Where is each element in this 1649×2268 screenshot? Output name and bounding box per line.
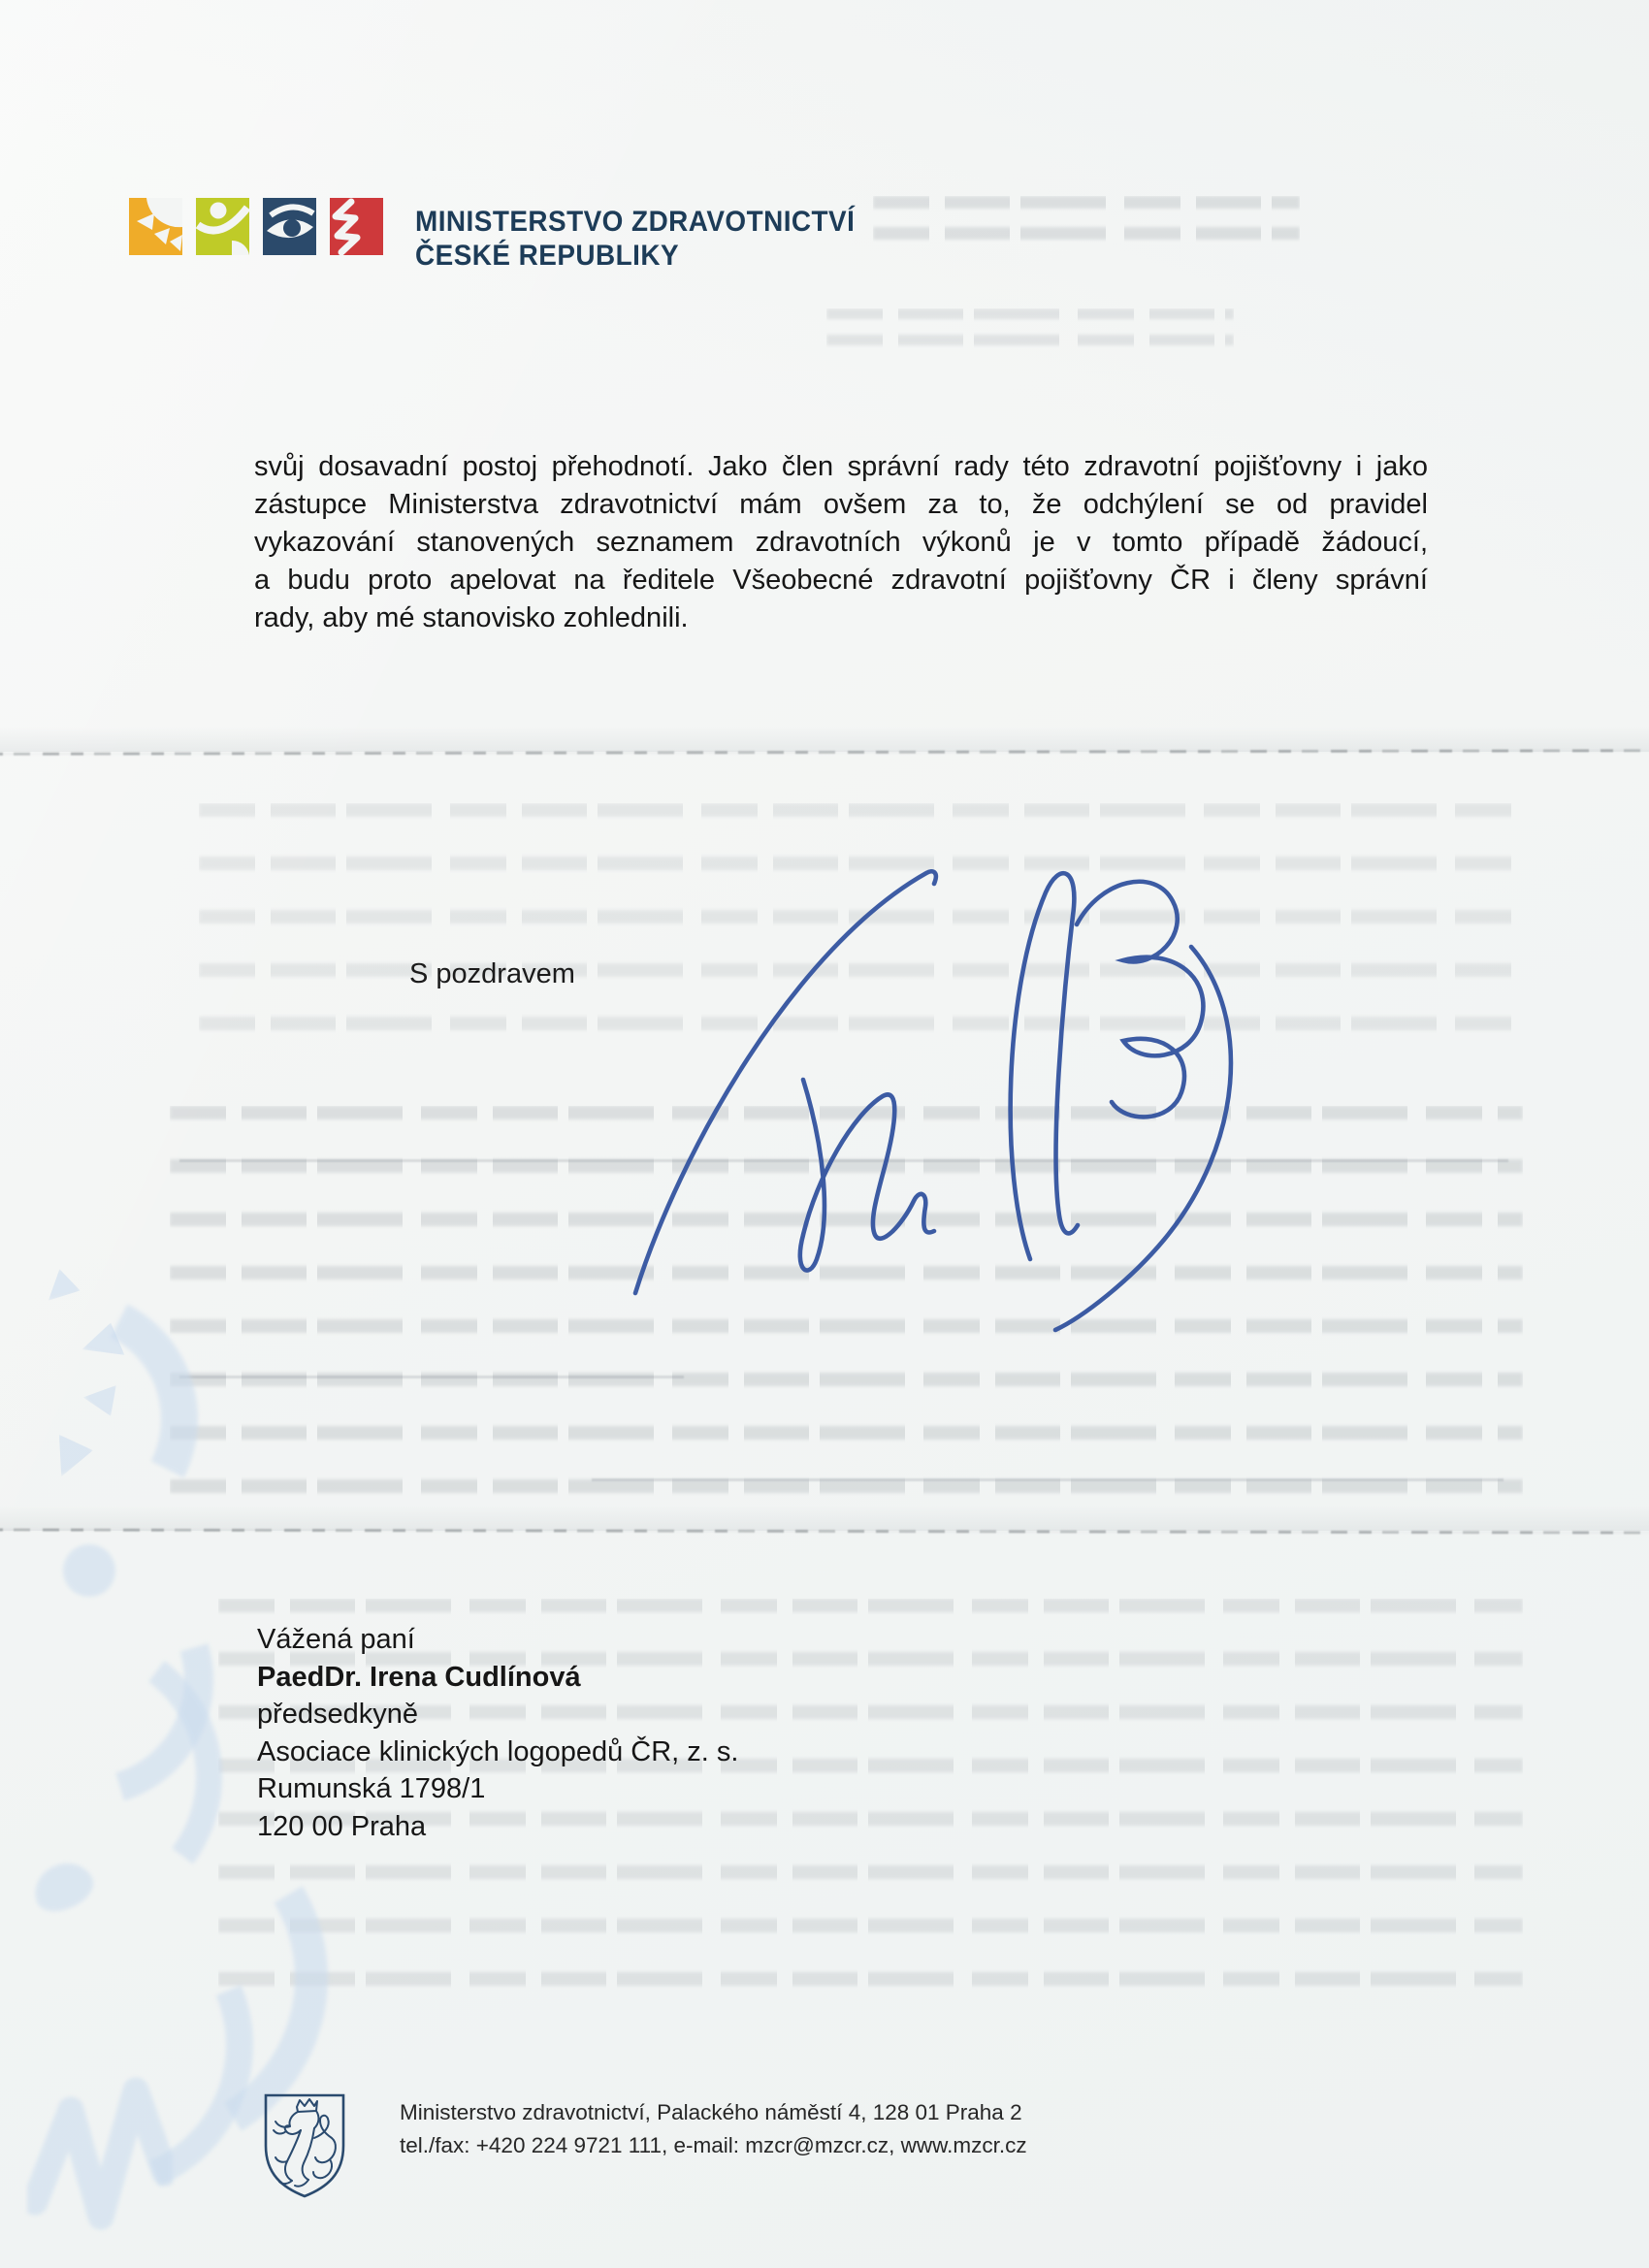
recipient-organization: Asociace klinických logopedů ČR, z. s.	[257, 1733, 738, 1771]
recipient-address: Vážená paní PaedDr. Irena Cudlínová před…	[257, 1621, 738, 1846]
ministry-wordmark: MINISTERSTVO ZDRAVOTNICTVÍ ČESKÉ REPUBLI…	[415, 205, 855, 273]
footer-address-line: Ministerstvo zdravotnictví, Palackého ná…	[400, 2096, 1027, 2129]
logo-tile-4	[330, 198, 383, 255]
logo-tile-3	[263, 198, 316, 255]
footer-contact-line: tel./fax: +420 224 9721 111, e-mail: mzc…	[400, 2129, 1027, 2162]
recipient-title: předsedkyně	[257, 1696, 738, 1733]
fold-shadow	[0, 727, 1649, 752]
body-line: svůj dosavadní postoj přehodnotí. Jako č…	[254, 448, 1428, 486]
ministry-logo	[129, 198, 385, 256]
recipient-city: 120 00 Praha	[257, 1808, 738, 1846]
scanned-letter-page: MINISTERSTVO ZDRAVOTNICTVÍ ČESKÉ REPUBLI…	[0, 0, 1649, 2268]
fold-shadow	[0, 1506, 1649, 1531]
footer-contact: Ministerstvo zdravotnictví, Palackého ná…	[400, 2096, 1027, 2162]
bleed-through-underline	[592, 1478, 1503, 1481]
recipient-street: Rumunská 1798/1	[257, 1770, 738, 1808]
ministry-name-line1: MINISTERSTVO ZDRAVOTNICTVÍ	[415, 205, 855, 239]
logo-tile-2	[196, 198, 249, 255]
body-line: rady, aby mé stanovisko zohlednili.	[254, 599, 1428, 637]
czech-lion-shield-icon	[260, 2091, 349, 2200]
bleed-through-underline	[179, 1376, 684, 1378]
recipient-name: PaedDr. Irena Cudlínová	[257, 1659, 738, 1697]
logo-tile-1	[129, 198, 182, 255]
body-line: zástupce Ministerstva zdravotnictví mám …	[254, 486, 1428, 524]
closing-salutation: S pozdravem	[409, 958, 575, 990]
body-line: vykazování stanovených seznamem zdravotn…	[254, 524, 1428, 562]
recipient-salutation: Vážená paní	[257, 1621, 738, 1659]
body-line: a budu proto apelovat na ředitele Všeobe…	[254, 562, 1428, 599]
bleed-through-text	[826, 308, 1234, 355]
bleed-logo-shape	[27, 2057, 173, 2241]
signature-ink	[572, 832, 1251, 1356]
letter-body: svůj dosavadní postoj přehodnotí. Jako č…	[254, 448, 1428, 637]
bleed-through-text	[873, 196, 1300, 256]
ministry-name-line2: ČESKÉ REPUBLIKY	[415, 239, 855, 273]
